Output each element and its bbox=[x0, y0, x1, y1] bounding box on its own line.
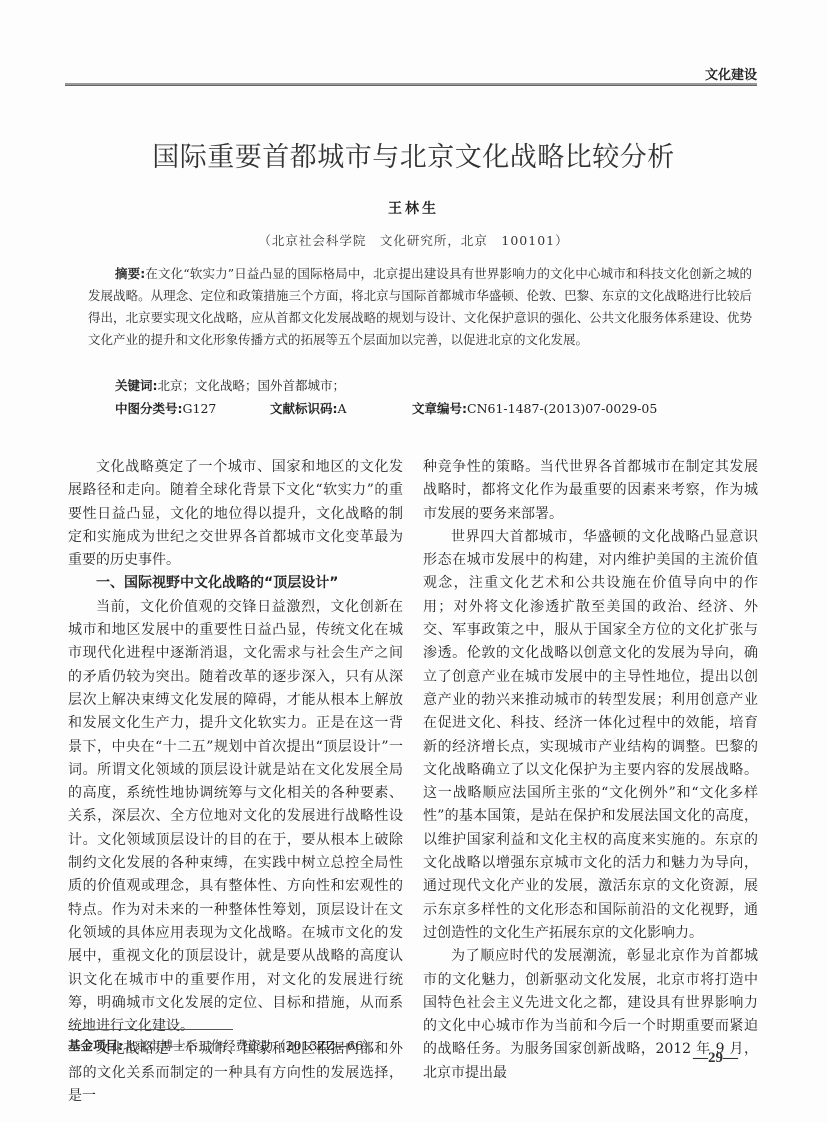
article-id: 文章编号:CN61-1487-(2013)07-0029-05 bbox=[412, 398, 657, 420]
clc-label: 中图分类号: bbox=[115, 401, 183, 416]
paragraph: 当前，文化价值观的交锋日益激烈，文化创新在城市和地区发展中的重要性日益凸显，传统… bbox=[68, 596, 403, 1039]
abstract-label: 摘要: bbox=[115, 266, 145, 281]
section-heading: 一、国际视野中文化战略的“顶层设计” bbox=[68, 572, 403, 595]
paragraph: 文化战略奠定了一个城市、国家和地区的文化发展路径和走向。随着全球化背景下文化“软… bbox=[68, 456, 403, 572]
footnote-text: 北京市博士后工作经费资助（2013ZZ—66）。 bbox=[123, 1038, 382, 1053]
article-id-label: 文章编号: bbox=[412, 401, 467, 416]
body-left-column: 文化战略奠定了一个城市、国家和地区的文化发展路径和走向。随着全球化背景下文化“软… bbox=[68, 456, 403, 1108]
page-number: —29— bbox=[693, 1050, 738, 1067]
clc-number: 中图分类号:G127 bbox=[115, 398, 216, 420]
abstract: 摘要:在文化“软实力”日益凸显的国际格局中，北京提出建设具有世界影响力的文化中心… bbox=[88, 263, 752, 351]
footnote: 基金项目:北京市博士后工作经费资助（2013ZZ—66）。 bbox=[68, 1037, 382, 1055]
doc-code-label: 文献标识码: bbox=[270, 401, 338, 416]
doc-code: 文献标识码:A bbox=[270, 398, 347, 420]
section-tag: 文化建设 bbox=[705, 64, 757, 83]
doc-code-value: A bbox=[338, 401, 347, 416]
article-id-value: CN61-1487-(2013)07-0029-05 bbox=[467, 401, 657, 416]
clc-value: G127 bbox=[183, 401, 217, 416]
author: 王林生 bbox=[0, 198, 827, 218]
keywords: 关键词:北京；文化战略；国外首都城市； bbox=[115, 375, 345, 397]
keywords-text: 北京；文化战略；国外首都城市； bbox=[158, 378, 346, 393]
paragraph-continued: 种竞争性的策略。当代世界各首都城市在制定其发展战略时，都将文化作为最重要的因素来… bbox=[423, 456, 758, 526]
affiliation: （北京社会科学院 文化研究所，北京 100101） bbox=[0, 231, 827, 249]
keywords-label: 关键词: bbox=[115, 378, 158, 393]
paragraph: 世界四大首都城市，华盛顿的文化战略凸显意识形态在城市发展中的构建，对内维护美国的… bbox=[423, 526, 758, 945]
footnote-rule bbox=[68, 1029, 233, 1030]
body-right-column: 种竞争性的策略。当代世界各首都城市在制定其发展战略时，都将文化作为最重要的因素来… bbox=[423, 456, 758, 1085]
abstract-text: 在文化“软实力”日益凸显的国际格局中，北京提出建设具有世界影响力的文化中心城市和… bbox=[88, 266, 752, 347]
footnote-label: 基金项目: bbox=[68, 1038, 123, 1053]
header-rule bbox=[65, 83, 757, 86]
article-title: 国际重要首都城市与北京文化战略比较分析 bbox=[0, 135, 827, 174]
